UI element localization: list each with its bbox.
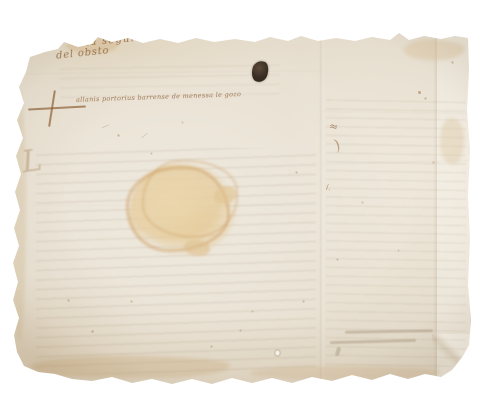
manuscript-paper: la segura del obsto allanis portorius ba…: [0, 0, 500, 405]
foxing-specks: [0, 0, 1, 1]
edge-vignette: [0, 0, 500, 405]
photo-background: la segura del obsto allanis portorius ba…: [0, 0, 500, 405]
